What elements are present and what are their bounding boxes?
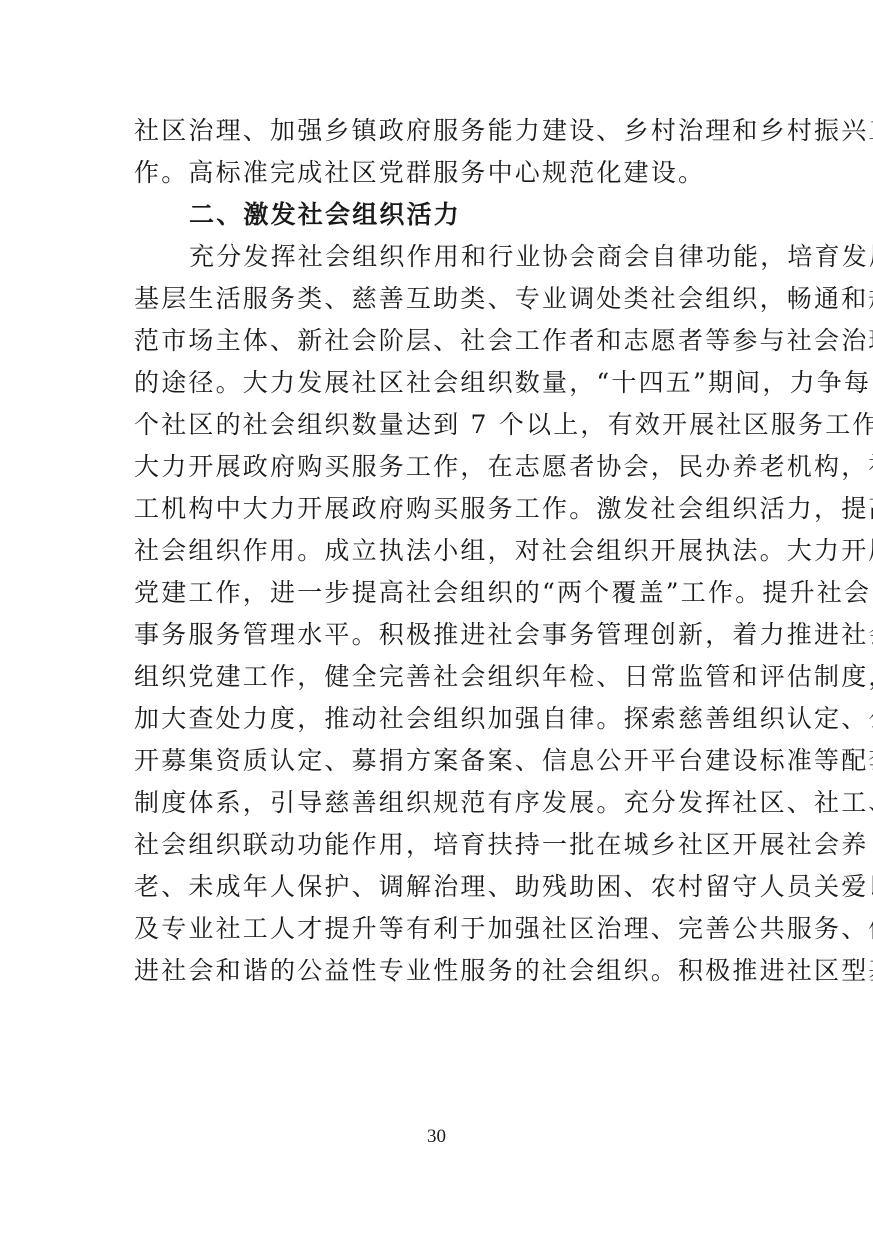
paragraph-social-organizations: 充分发挥社会组织作用和行业协会商会自律功能，培育发展 基层生活服务类、慈善互助类… xyxy=(134,236,740,992)
paragraph-continuation: 社区治理、加强乡镇政府服务能力建设、乡村治理和乡村振兴工 作。高标准完成社区党群… xyxy=(134,110,740,194)
text-line: 社会组织作用。成立执法小组，对社会组织开展执法。大力开展 xyxy=(134,530,740,572)
document-body: 社区治理、加强乡镇政府服务能力建设、乡村治理和乡村振兴工 作。高标准完成社区党群… xyxy=(134,110,740,992)
page-number: 30 xyxy=(0,1126,873,1148)
text-line: 社会组织联动功能作用，培育扶持一批在城乡社区开展社会养 xyxy=(134,824,740,866)
text-line: 事务服务管理水平。积极推进社会事务管理创新，着力推进社会 xyxy=(134,614,740,656)
text-line: 作。高标准完成社区党群服务中心规范化建设。 xyxy=(134,152,740,194)
text-line: 基层生活服务类、慈善互助类、专业调处类社会组织，畅通和规 xyxy=(134,278,740,320)
text-line: 党建工作，进一步提高社会组织的“两个覆盖”工作。提升社会 xyxy=(134,572,740,614)
text-line: 的途径。大力发展社区社会组织数量，“十四五”期间，力争每 xyxy=(134,362,740,404)
text-line: 个社区的社会组织数量达到 7 个以上，有效开展社区服务工作。 xyxy=(134,404,740,446)
text-line: 组织党建工作，健全完善社会组织年检、日常监管和评估制度， xyxy=(134,656,740,698)
text-line: 范市场主体、新社会阶层、社会工作者和志愿者等参与社会治理 xyxy=(134,320,740,362)
text-line: 充分发挥社会组织作用和行业协会商会自律功能，培育发展 xyxy=(134,236,740,278)
text-line: 老、未成年人保护、调解治理、助残助困、农村留守人员关爱以 xyxy=(134,866,740,908)
text-line: 制度体系，引导慈善组织规范有序发展。充分发挥社区、社工、 xyxy=(134,782,740,824)
text-line: 社区治理、加强乡镇政府服务能力建设、乡村治理和乡村振兴工 xyxy=(134,110,740,152)
document-page: 社区治理、加强乡镇政府服务能力建设、乡村治理和乡村振兴工 作。高标准完成社区党群… xyxy=(0,0,873,1234)
text-line: 工机构中大力开展政府购买服务工作。激发社会组织活力，提高 xyxy=(134,488,740,530)
text-line: 及专业社工人才提升等有利于加强社区治理、完善公共服务、促 xyxy=(134,908,740,950)
text-line: 加大查处力度，推动社会组织加强自律。探索慈善组织认定、公 xyxy=(134,698,740,740)
section-heading: 二、激发社会组织活力 xyxy=(134,194,740,236)
text-line: 开募集资质认定、募捐方案备案、信息公开平台建设标准等配套 xyxy=(134,740,740,782)
text-line: 大力开展政府购买服务工作，在志愿者协会，民办养老机构，社 xyxy=(134,446,740,488)
text-line: 进社会和谐的公益性专业性服务的社会组织。积极推进社区型基 xyxy=(134,950,740,992)
